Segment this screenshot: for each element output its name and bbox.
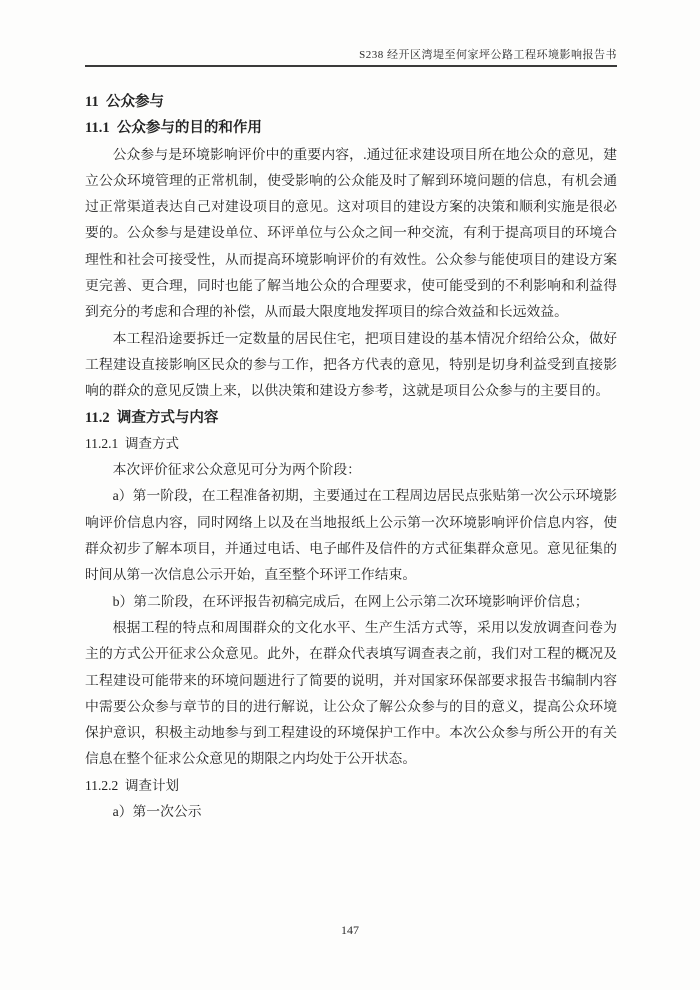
paragraph-stage-b: b）第二阶段，在环评报告初稿完成后，在网上公示第二次环境影响评价信息； xyxy=(85,589,617,615)
paragraph-stage-a: a）第一阶段，在工程准备初期，主要通过在工程周边居民点张贴第一次公示环境影响评价… xyxy=(85,483,617,588)
chapter-heading-public-participation: 11 公众参与 xyxy=(85,89,617,115)
section-heading-survey-method-content: 11.2 调查方式与内容 xyxy=(85,405,617,431)
section-heading-purpose: 11.1 公众参与的目的和作用 xyxy=(85,115,617,141)
document-page: S238 经开区湾堤至何家坪公路工程环境影响报告书 11 公众参与 11.1 公… xyxy=(0,0,700,990)
page-footer: 147 xyxy=(0,923,700,938)
subsection-heading-survey-method: 11.2.1 调查方式 xyxy=(85,431,617,457)
paragraph-purpose-1: 公众参与是环境影响评价中的重要内容，.通过征求建设项目所在地公众的意见，建立公众… xyxy=(85,142,617,326)
subsection-heading-survey-plan: 11.2.2 调查计划 xyxy=(85,773,617,799)
paragraph-first-notice: a）第一次公示 xyxy=(85,799,617,825)
content-column: S238 经开区湾堤至何家坪公路工程环境影响报告书 11 公众参与 11.1 公… xyxy=(85,0,617,825)
page-number: 147 xyxy=(341,923,359,937)
paragraph-purpose-2: 本工程沿途要拆迁一定数量的居民住宅，把项目建设的基本情况介绍给公众，做好工程建设… xyxy=(85,326,617,405)
paragraph-method-detail: 根据工程的特点和周围群众的文化水平、生产生活方式等，采用以发放调查问卷为主的方式… xyxy=(85,615,617,773)
paragraph-stages-intro: 本次评价征求公众意见可分为两个阶段： xyxy=(85,457,617,483)
running-header-title: S238 经开区湾堤至何家坪公路工程环境影响报告书 xyxy=(85,0,617,67)
document-body: 11 公众参与 11.1 公众参与的目的和作用 公众参与是环境影响评价中的重要内… xyxy=(85,89,617,825)
